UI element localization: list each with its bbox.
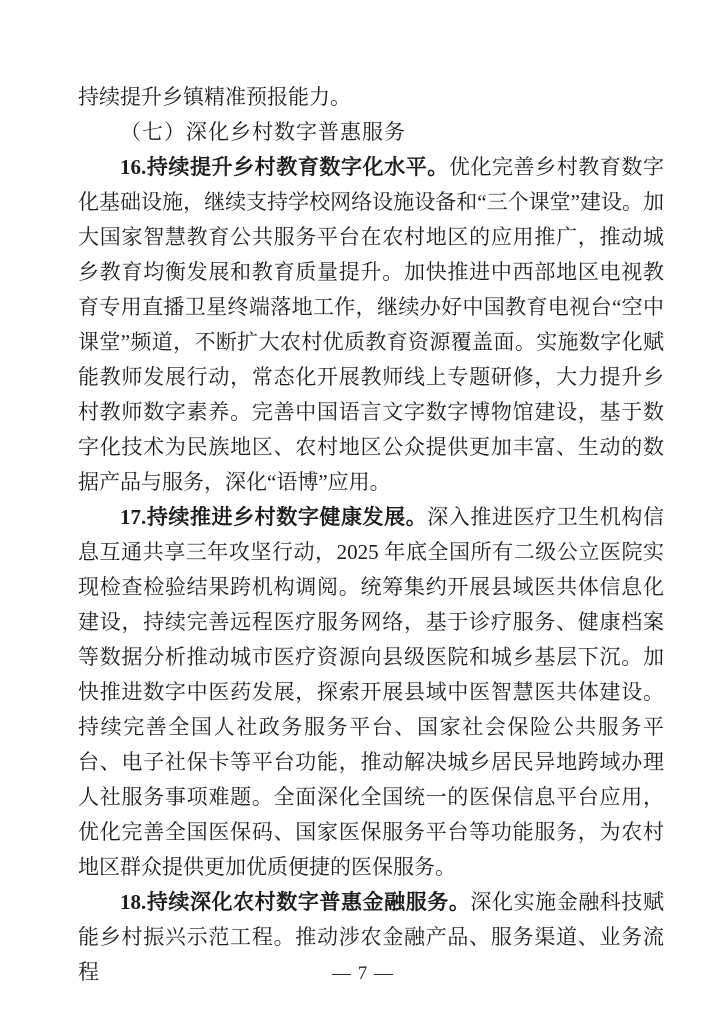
document-body: 持续提升乡镇精准预报能力。 （七）深化乡村数字普惠服务 16.持续提升乡村教育数… [78, 80, 664, 990]
item-17-title: 17.持续推进乡村数字健康发展。 [120, 505, 427, 529]
item-16-title: 16.持续提升乡村教育数字化水平。 [120, 155, 449, 179]
section-heading: （七）深化乡村数字普惠服务 [78, 115, 664, 150]
item-16-text: 优化完善乡村教育数字化基础设施，继续支持学校网络设施设备和“三个课堂”建设。加大… [78, 155, 664, 494]
paragraph-continuation: 持续提升乡镇精准预报能力。 [78, 80, 664, 115]
item-17-text: 深入推进医疗卫生机构信息互通共享三年攻坚行动，2025 年底全国所有二级公立医院… [78, 505, 664, 879]
item-16-paragraph: 16.持续提升乡村教育数字化水平。优化完善乡村教育数字化基础设施，继续支持学校网… [78, 150, 664, 500]
item-17-paragraph: 17.持续推进乡村数字健康发展。深入推进医疗卫生机构信息互通共享三年攻坚行动，2… [78, 500, 664, 885]
item-18-title: 18.持续深化农村数字普惠金融服务。 [120, 890, 470, 914]
document-page: 持续提升乡镇精准预报能力。 （七）深化乡村数字普惠服务 16.持续提升乡村教育数… [0, 0, 726, 1033]
page-number: — 7 — [0, 962, 726, 986]
